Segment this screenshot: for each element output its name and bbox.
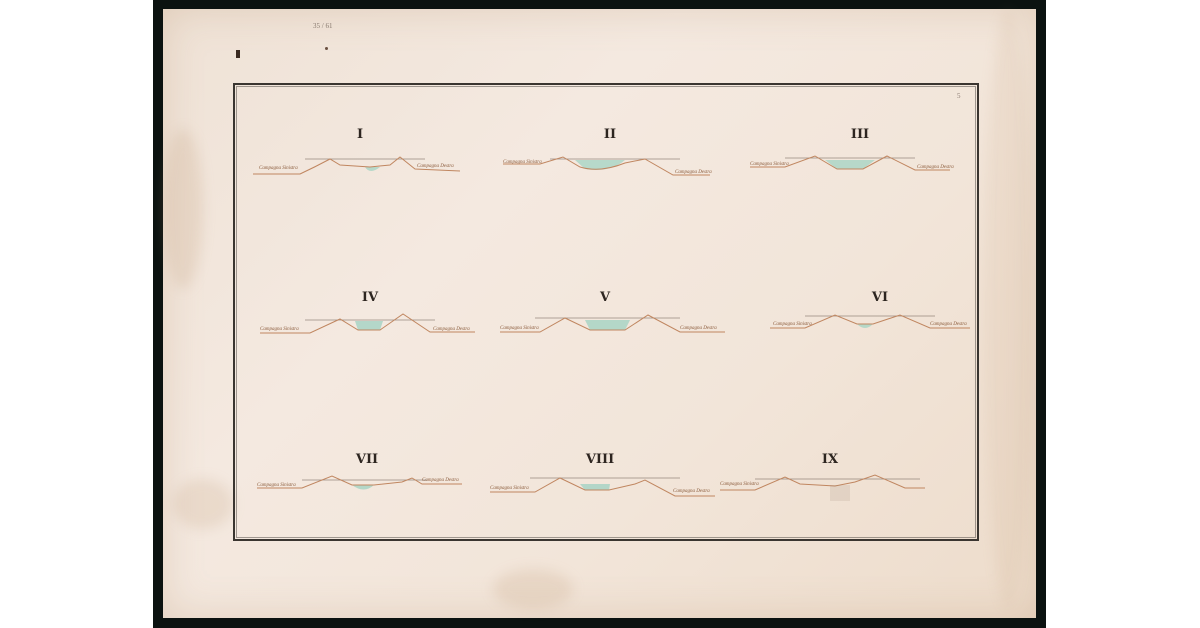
left-bank-label: Campagna Sinistra bbox=[750, 162, 789, 167]
right-bank-label: Campagna Destra bbox=[675, 170, 712, 175]
profile-numeral: II bbox=[495, 127, 725, 142]
right-bank-label: Campagna Destra bbox=[422, 478, 459, 483]
profile-1: I Campagna Sinistra Campagna Destra bbox=[245, 127, 475, 197]
cross-section-drawing bbox=[252, 470, 467, 515]
right-bank-label: Campagna Destra bbox=[930, 322, 967, 327]
profile-2: II Campagna Sinistra Campagna Destra bbox=[495, 127, 725, 197]
profile-4: IV Campagna Sinistra Campagna Destra bbox=[255, 290, 485, 360]
archive-number: 35 / 61 bbox=[313, 22, 332, 30]
cross-section-drawing bbox=[745, 145, 975, 195]
left-bank-label: Campagna Sinistra bbox=[257, 483, 296, 488]
ink-spot bbox=[325, 47, 328, 50]
left-bank-label: Campagna Sinistra bbox=[490, 486, 529, 491]
stain bbox=[493, 569, 573, 609]
profile-6: VI Campagna Sinistra Campagna Destra bbox=[765, 290, 995, 360]
right-bank-label: Campagna Destra bbox=[673, 489, 710, 494]
profile-numeral: VII bbox=[252, 452, 482, 467]
right-bank-label: Campagna Destra bbox=[917, 165, 954, 170]
left-bank-label: Campagna Sinistra bbox=[500, 326, 539, 331]
left-bank-label: Campagna Sinistra bbox=[503, 160, 542, 165]
profile-9: IX Campagna Sinistra bbox=[715, 452, 945, 522]
cross-section-drawing bbox=[765, 308, 980, 358]
ink-spot bbox=[236, 50, 240, 58]
stain bbox=[163, 129, 203, 289]
profile-7: VII Campagna Sinistra Campagna Destra bbox=[252, 452, 482, 522]
cross-section-drawing bbox=[715, 470, 930, 515]
right-bank-label: Campagna Destra bbox=[680, 326, 717, 331]
stain bbox=[173, 479, 233, 529]
profile-numeral: VIII bbox=[485, 452, 715, 467]
left-bank-label: Campagna Sinistra bbox=[260, 327, 299, 332]
profile-numeral: I bbox=[245, 127, 475, 142]
left-bank-label: Campagna Sinistra bbox=[720, 482, 759, 487]
profile-numeral: IX bbox=[715, 452, 945, 467]
profile-numeral: IV bbox=[255, 290, 485, 305]
left-bank-label: Campagna Sinistra bbox=[259, 166, 298, 171]
profile-numeral: III bbox=[745, 127, 975, 142]
profile-numeral: VI bbox=[765, 290, 995, 305]
left-bank-label: Campagna Sinistra bbox=[773, 322, 812, 327]
profile-3: III Campagna Sinistra Campagna Destra bbox=[745, 127, 975, 197]
profile-numeral: V bbox=[490, 290, 720, 305]
cross-section-drawing bbox=[255, 308, 485, 358]
right-bank-label: Campagna Destra bbox=[433, 327, 470, 332]
profile-5: V Campagna Sinistra Campagna Destra bbox=[490, 290, 720, 360]
profile-8: VIII Campagna Sinistra Campagna Destra bbox=[485, 452, 715, 522]
cross-section-drawing bbox=[490, 308, 735, 358]
right-bank-label: Campagna Destra bbox=[417, 164, 454, 169]
